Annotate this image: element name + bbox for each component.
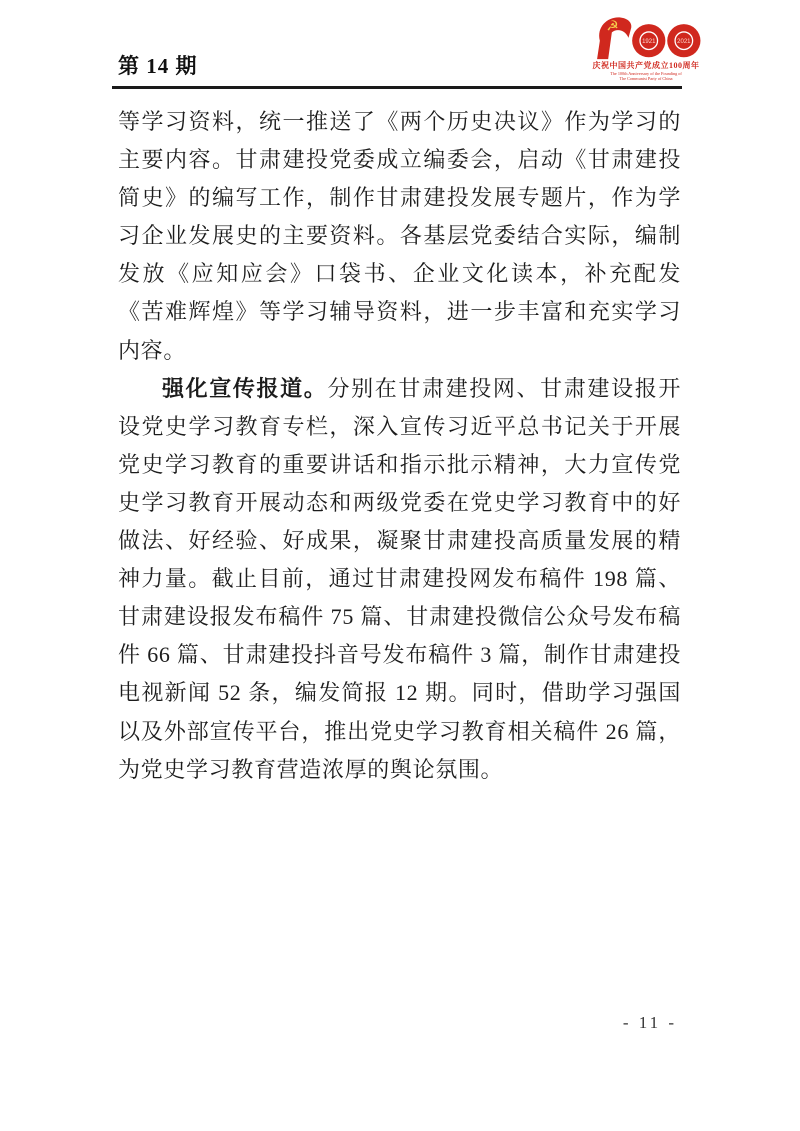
logo-caption-english-line2: The Communist Party of China xyxy=(592,76,701,81)
document-body: 等学习资料，统一推送了《两个历史决议》作为学习的主要内容。甘肃建投党委成立编委会… xyxy=(118,103,681,789)
paragraph-1: 等学习资料，统一推送了《两个历史决议》作为学习的主要内容。甘肃建投党委成立编委会… xyxy=(118,103,681,370)
logo-zero-2021: 2021 xyxy=(667,24,700,57)
logo-caption-english-line1: The 100th Anniversary of the Founding of xyxy=(592,71,701,76)
page-number: - 11 - xyxy=(608,1013,692,1033)
paragraph-1-text: 等学习资料，统一推送了《两个历史决议》作为学习的主要内容。甘肃建投党委成立编委会… xyxy=(118,109,681,363)
paragraph-2: 强化宣传报道。分别在甘肃建投网、甘肃建设报开设党史学习教育专栏，深入宣传习近平总… xyxy=(118,370,681,789)
cpc-100th-anniversary-logo: ☭ 1921 2021 庆祝中国共产党成立100周年 The 100th Ann… xyxy=(587,13,705,81)
paragraph-2-text: 分别在甘肃建投网、甘肃建设报开设党史学习教育专栏，深入宣传习近平总书记关于开展党… xyxy=(118,376,681,782)
hammer-sickle-icon: ☭ xyxy=(606,19,618,35)
issue-label: 第 14 期 xyxy=(118,50,198,80)
logo-year-right: 2021 xyxy=(677,39,691,45)
logo-caption-chinese: 庆祝中国共产党成立100周年 xyxy=(587,62,705,71)
logo-zero-1921: 1921 xyxy=(632,24,665,57)
paragraph-2-lead: 强化宣传报道。 xyxy=(162,376,327,401)
document-page: 第 14 期 ☭ 1921 2021 庆祝中国共产党成立100周年 The 10… xyxy=(0,0,800,1131)
header-rule xyxy=(112,86,682,89)
logo-year-left: 1921 xyxy=(642,39,656,45)
logo-100-graphic: ☭ 1921 2021 xyxy=(590,13,702,61)
